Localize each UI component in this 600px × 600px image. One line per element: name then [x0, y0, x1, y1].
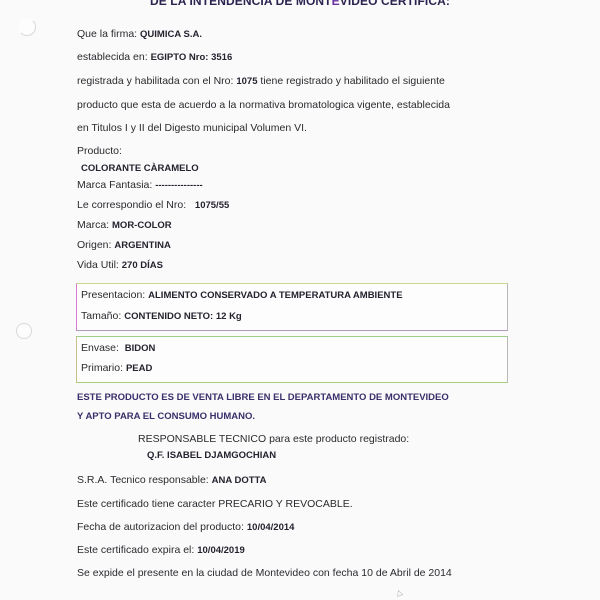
nro-label: Le correspondio el Nro: [77, 199, 186, 211]
primario-value: PEAD [126, 363, 152, 374]
origen-value: ARGENTINA [114, 240, 170, 251]
envase-label: Envase: [81, 342, 119, 354]
establecida-label: establecida en: [77, 51, 148, 63]
primario-line: Primario: PEAD [81, 362, 152, 375]
autorizacion-label: Fecha de autorizacion del producto: [77, 521, 244, 533]
vida-util-value: 270 DÍAS [122, 260, 163, 271]
nro-value: 1075/55 [195, 200, 229, 211]
cursor-mark-icon: △ [395, 587, 404, 598]
document-title: DE LA INTENDENCIA DE MONTEVIDEO CERTIFIC… [0, 0, 600, 8]
expide-line: Se expide el presente en la ciudad de Mo… [77, 567, 452, 580]
presentacion-box: Presentacion: ALIMENTO CONSERVADO A TEMP… [76, 283, 508, 331]
nro-line: Le correspondio el Nro: 1075/55 [77, 199, 229, 212]
presentacion-value: ALIMENTO CONSERVADO A TEMPERATURA AMBIEN… [148, 290, 402, 301]
marca-fantasia-line: Marca Fantasia: --------------- [77, 179, 203, 192]
expira-value: 10/04/2019 [197, 545, 245, 556]
presentacion-label: Presentacion: [81, 289, 145, 301]
tamano-label: Tamaño: [81, 310, 121, 322]
tamano-value: CONTENIDO NETO: 12 Kg [124, 311, 242, 322]
registro-line: registrada y habilitada con el Nro: 1075… [77, 75, 445, 88]
marca-value: MOR-COLOR [112, 220, 172, 231]
firma-value: QUIMICA S.A. [140, 29, 202, 40]
registro-suffix: tiene registrado y habilitado el siguien… [260, 75, 444, 87]
establecida-value: EGIPTO Nro: 3516 [151, 52, 233, 63]
responsable-label: RESPONSABLE TECNICO para este producto r… [138, 433, 409, 446]
sra-value: ANA DOTTA [212, 475, 267, 486]
paragraph-line: producto que esta de acuerdo a la normat… [77, 99, 450, 112]
marca-fantasia-label: Marca Fantasia: [77, 179, 152, 191]
expira-line: Este certificado expira el: 10/04/2019 [77, 544, 245, 557]
caracter-line: Este certificado tiene caracter PRECARIO… [77, 498, 353, 511]
title-text: DE LA INTENDENCIA DE MONT [150, 0, 332, 8]
origen-label: Origen: [77, 239, 111, 251]
envase-value: BIDON [125, 343, 156, 354]
punch-hole [16, 323, 32, 339]
title-text: VIDEO CERTIFICA: [340, 0, 450, 8]
marca-line: Marca: MOR-COLOR [77, 219, 172, 232]
venta-libre-line: ESTE PRODUCTO ES DE VENTA LIBRE EN EL DE… [77, 391, 449, 404]
establecida-line: establecida en: EGIPTO Nro: 3516 [77, 51, 232, 64]
envase-box: Envase: BIDON Primario: PEAD [76, 336, 508, 383]
sra-line: S.R.A. Tecnico responsable: ANA DOTTA [77, 474, 267, 487]
punch-hole [18, 18, 36, 36]
producto-value: COLORANTE CÀRAMELO [81, 162, 199, 175]
primario-label: Primario: [81, 362, 123, 374]
vida-util-label: Vida Util: [77, 259, 119, 271]
marca-label: Marca: [77, 219, 109, 231]
tamano-line: Tamaño: CONTENIDO NETO: 12 Kg [81, 310, 242, 323]
registro-number: 1075 [236, 76, 257, 87]
title-accent: E [332, 0, 340, 8]
firma-line: Que la firma: QUIMICA S.A. [77, 28, 202, 41]
origen-line: Origen: ARGENTINA [77, 239, 171, 252]
sra-label: S.R.A. Tecnico responsable: [77, 474, 209, 486]
autorizacion-line: Fecha de autorizacion del producto: 10/0… [77, 521, 294, 534]
producto-label: Producto: [77, 145, 122, 158]
expira-label: Este certificado expira el: [77, 544, 194, 556]
marca-fantasia-value: --------------- [155, 180, 202, 191]
firma-label: Que la firma: [77, 28, 137, 40]
vida-util-line: Vida Util: 270 DÍAS [77, 259, 163, 272]
paragraph-line: en Titulos I y II del Digesto municipal … [77, 122, 307, 135]
presentacion-line: Presentacion: ALIMENTO CONSERVADO A TEMP… [81, 289, 403, 302]
autorizacion-value: 10/04/2014 [247, 522, 295, 533]
envase-line: Envase: BIDON [81, 342, 155, 355]
certificate-page: DE LA INTENDENCIA DE MONTEVIDEO CERTIFIC… [0, 0, 600, 600]
registro-prefix: registrada y habilitada con el Nro: [77, 75, 233, 87]
responsable-value: Q.F. ISABEL DJAMGOCHIAN [147, 449, 276, 462]
venta-libre-line: Y APTO PARA EL CONSUMO HUMANO. [77, 410, 255, 423]
